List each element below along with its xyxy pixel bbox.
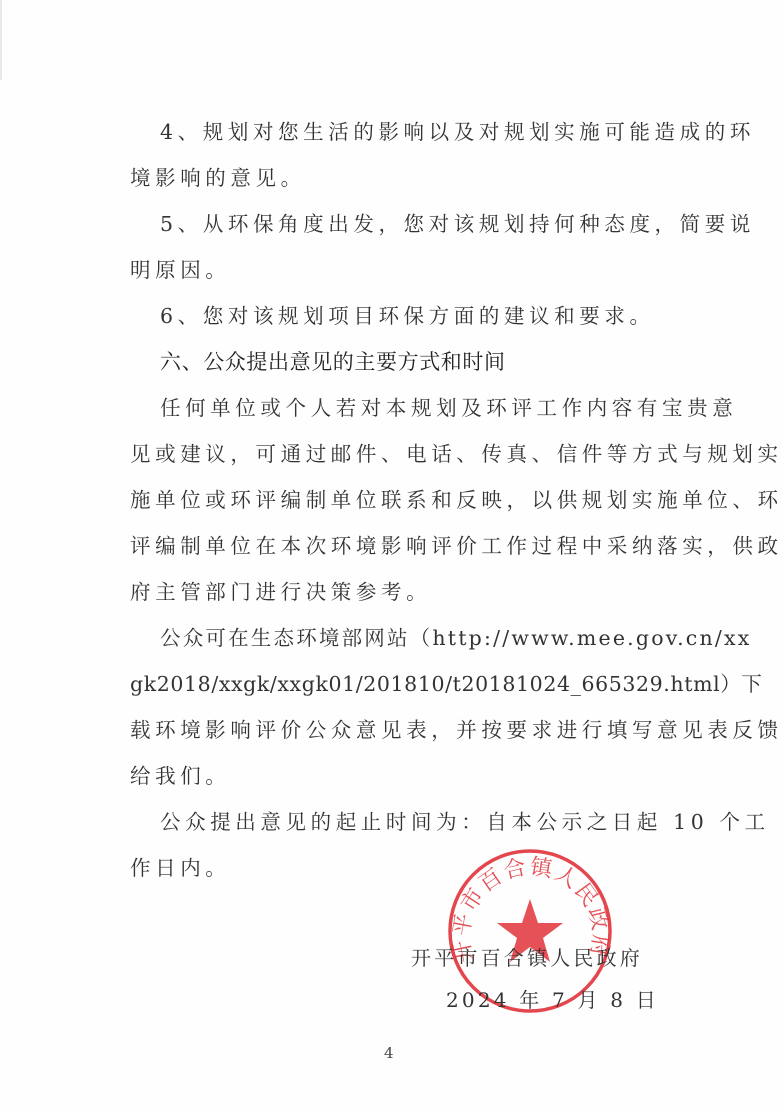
signature-organization: 开平市百合镇人民政府	[411, 942, 643, 971]
paragraph-1-line-5: 府主管部门进行决策参考。	[130, 578, 431, 606]
paragraph-1-line-3: 施单位或环评编制单位联系和反映，以供规划实施单位、环	[130, 486, 782, 514]
document-page: 4、规划对您生活的影响以及对规划实施可能造成的环 境影响的意见。 5、从环保角度…	[0, 0, 782, 1110]
page-number: 4	[384, 1044, 394, 1062]
list-item-4-line-2: 境影响的意见。	[130, 164, 306, 192]
list-item-5-line-1: 5、从环保角度出发，您对该规划持何种态度，简要说	[160, 210, 755, 238]
list-item-6: 6、您对该规划项目环保方面的建议和要求。	[160, 302, 655, 330]
section-heading-6: 六、公众提出意见的主要方式和时间	[160, 348, 506, 376]
paragraph-1-line-2: 见或建议，可通过邮件、电话、传真、信件等方式与规划实	[130, 440, 782, 468]
paragraph-2-line-4: 给我们。	[130, 762, 230, 790]
paragraph-3-line-1: 公众提出意见的起止时间为：自本公示之日起 10 个工	[160, 808, 770, 836]
scan-edge-mark	[0, 0, 2, 80]
paragraph-2-line-1: 公众可在生态环境部网站（http://www.mee.gov.cn/xx	[160, 624, 752, 652]
paragraph-2-line-2: gk2018/xxgk/xxgk01/201810/t20181024_6653…	[130, 670, 762, 698]
paragraph-3-line-2: 作日内。	[130, 854, 230, 882]
list-item-5-line-2: 明原因。	[130, 256, 230, 284]
paragraph-2-line-3: 载环境影响评价公众意见表，并按要求进行填写意见表反馈	[130, 716, 782, 744]
list-item-4-line-1: 4、规划对您生活的影响以及对规划实施可能造成的环	[160, 118, 755, 146]
signature-date: 2024 年 7 月 8 日	[446, 984, 659, 1013]
paragraph-1-line-4: 评编制单位在本次环境影响评价工作过程中采纳落实，供政	[130, 532, 782, 560]
paragraph-1-line-1: 任何单位或个人若对本规划及环评工作内容有宝贵意	[160, 394, 737, 422]
